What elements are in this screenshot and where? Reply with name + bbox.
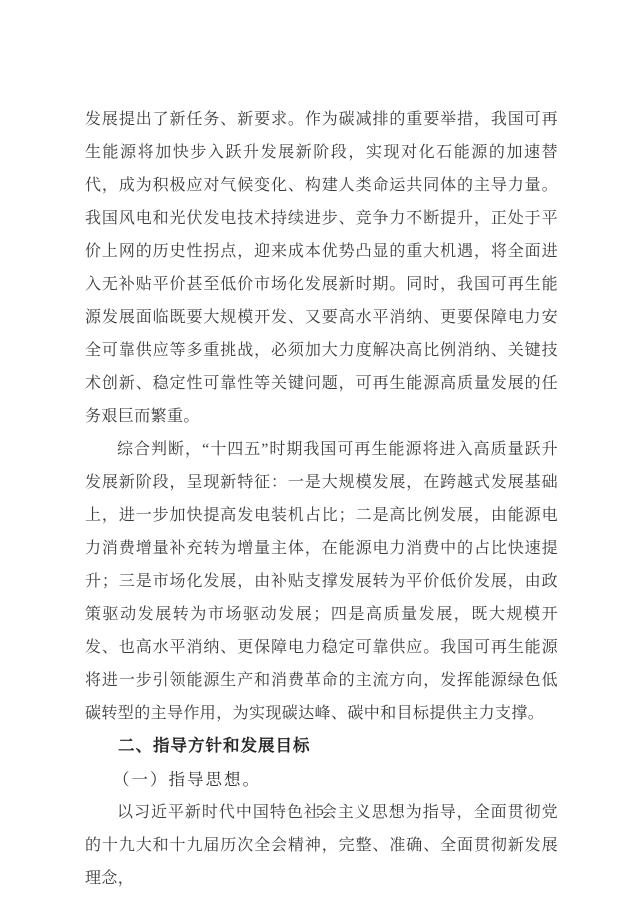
paragraph-continuation: 发展提出了新任务、新要求。作为碳减排的重要举措，我国可再生能源将加快步入跃升发展…: [85, 103, 558, 433]
page-number: 5: [0, 803, 640, 820]
page-content: 发展提出了新任务、新要求。作为碳减排的重要举措，我国可再生能源将加快步入跃升发展…: [85, 103, 558, 895]
document-page: 发展提出了新任务、新要求。作为碳减排的重要举措，我国可再生能源将加快步入跃升发展…: [0, 0, 640, 905]
section-heading: 二、指导方针和发展目标: [85, 730, 558, 763]
subsection-heading: （一）指导思想。: [85, 763, 558, 796]
paragraph: 综合判断，“十四五”时期我国可再生能源将进入高质量跃升发展新阶段，呈现新特征：一…: [85, 433, 558, 730]
